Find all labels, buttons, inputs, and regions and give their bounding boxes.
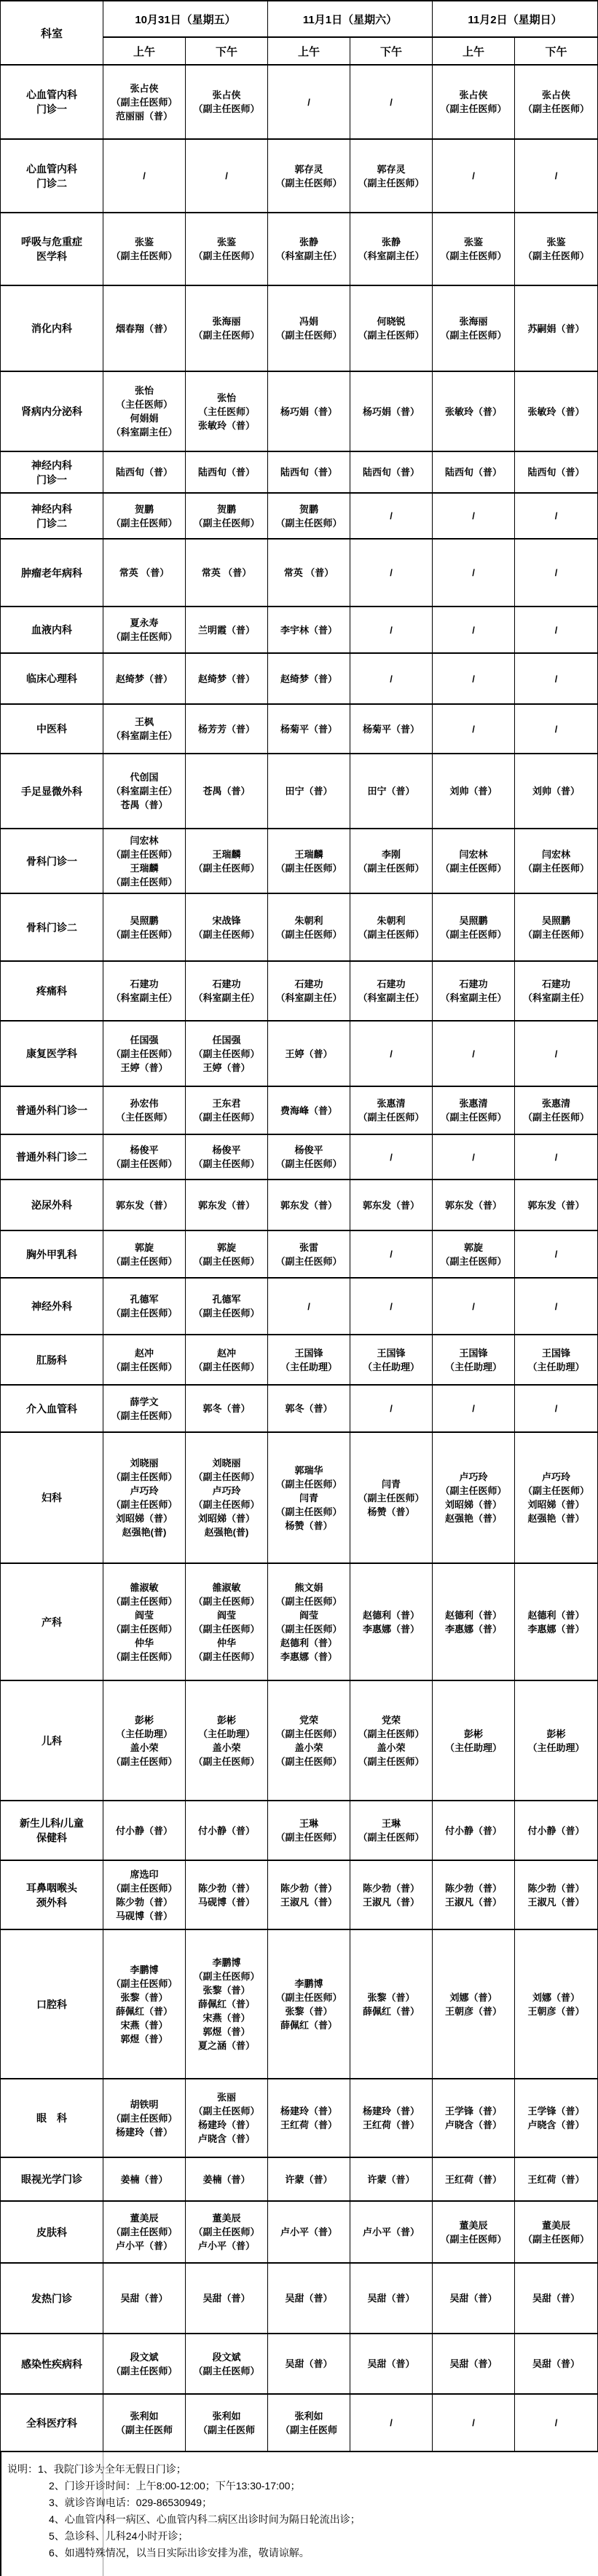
schedule-cell: 彭彬 （主任助理） [433, 1680, 515, 1801]
schedule-cell: 董美辰 （副主任医师） [433, 2201, 515, 2263]
table-row: 骨科门诊一闫宏林 （副主任医师） 王瑞麟 （副主任医师）王瑞麟 （副主任医师）王… [1, 829, 598, 893]
schedule-cell: 张黎（普） 薛佩红（普） [350, 1929, 433, 2079]
schedule-cell: / [515, 139, 598, 213]
schedule-cell: 王枫 （科室副主任） [103, 704, 186, 754]
schedule-cell: 陆西旬（普） [350, 451, 433, 493]
schedule-cell: / [433, 493, 515, 539]
date-header-1: 11月1日（星期六） [268, 1, 433, 37]
schedule-cell: 陆西旬（普） [103, 451, 186, 493]
schedule-cell: 郭旋 （副主任医师） [103, 1230, 186, 1278]
schedule-cell: 郭存灵 （副主任医师） [268, 139, 350, 213]
schedule-cell: 闫青 （副主任医师） 杨赞（普） [350, 1432, 433, 1563]
schedule-cell: / [350, 653, 433, 704]
dept-cell: 消化内科 [1, 285, 103, 371]
note-line: 2、门诊开诊时间：上午8:00-12:00；下午13:30-17:00； [7, 2478, 594, 2494]
schedule-cell: 王学锋（普） 卢晓含（普） [515, 2079, 598, 2157]
table-row: 肾病内分泌科张怡 （主任医师） 何娟娟 （科室副主任）张怡 （主任医师） 张敏玲… [1, 371, 598, 451]
table-row: 心血管内科 门诊二//郭存灵 （副主任医师）郭存灵 （副主任医师）// [1, 139, 598, 213]
schedule-cell: 熊文娟 （副主任医师） 阎莹 （副主任医师） 赵德利（普） 李惠娜（普） [268, 1563, 350, 1680]
schedule-cell: 杨巧娟（普） [350, 371, 433, 451]
schedule-cell: 陈少勃（普） 王淑凡（普） [515, 1860, 598, 1929]
session-header-am-2: 上午 [433, 37, 515, 65]
schedule-cell: 吴甜（普） [103, 2263, 186, 2334]
table-row: 心血管内科 门诊一张占侠 （副主任医师） 范丽丽（普）张占侠 （副主任医师）//… [1, 65, 598, 139]
schedule-cell: / [433, 704, 515, 754]
schedule-cell: 张海丽 （副主任医师） [186, 285, 268, 371]
schedule-cell: / [350, 65, 433, 139]
dept-cell: 血液内科 [1, 607, 103, 653]
schedule-cell: 王国锋 （主任助理） [268, 1335, 350, 1385]
schedule-cell: 何晓锐 （副主任医师） [350, 285, 433, 371]
schedule-cell: 付小静（普） [103, 1801, 186, 1860]
schedule-cell: 李宇林（普） [268, 607, 350, 653]
schedule-cell: 吴甜（普） [433, 2334, 515, 2394]
session-header-pm-1: 下午 [350, 37, 433, 65]
schedule-cell: 杨菊平（普） [350, 704, 433, 754]
schedule-cell: 吴甜（普） [350, 2263, 433, 2334]
schedule-cell: / [186, 139, 268, 213]
table-row: 肿瘤老年病科常英 （普）常英 （普）常英 （普）/// [1, 539, 598, 607]
schedule-cell: / [515, 653, 598, 704]
schedule-cell: 张敏玲（普） [433, 371, 515, 451]
schedule-cell: / [350, 2394, 433, 2451]
table-row: 泌尿外科郭东发（普）郭东发（普）郭东发（普）郭东发（普）郭东发（普）郭东发（普） [1, 1180, 598, 1230]
table-row: 口腔科李鹏博 （副主任医师） 张黎（普） 薛佩红（普） 宋燕（普） 郭煜（普）李… [1, 1929, 598, 2079]
session-header-pm-2: 下午 [515, 37, 598, 65]
note-line: 说明：1、我院门诊为全年无假日门诊； [7, 2461, 594, 2478]
schedule-cell: / [433, 1134, 515, 1180]
schedule-cell: 贺鹏 （副主任医师） [268, 493, 350, 539]
schedule-cell: 张惠清 （副主任医师） [433, 1086, 515, 1134]
schedule-cell: 陆西旬（普） [186, 451, 268, 493]
schedule-cell: 张惠清 （副主任医师） [515, 1086, 598, 1134]
schedule-cell: / [433, 653, 515, 704]
schedule-cell: / [433, 539, 515, 607]
date-header-2: 11月2日（星期日） [433, 1, 598, 37]
table-row: 神经内科 门诊一陆西旬（普）陆西旬（普）陆西旬（普）陆西旬（普）陆西旬（普）陆西… [1, 451, 598, 493]
schedule-cell: 常英 （普） [186, 539, 268, 607]
schedule-cell: 张怡 （主任医师） 张敏玲（普） [186, 371, 268, 451]
schedule-cell: 张占侠 （副主任医师） [515, 65, 598, 139]
schedule-cell: 苍禺（普） [186, 754, 268, 829]
schedule-cell: 张敏玲（普） [515, 371, 598, 451]
dept-cell: 神经内科 门诊二 [1, 493, 103, 539]
schedule-cell: / [350, 1230, 433, 1278]
schedule-cell: 陆西旬（普） [433, 451, 515, 493]
schedule-cell: / [433, 1385, 515, 1432]
dept-cell: 呼吸与危重症 医学科 [1, 213, 103, 285]
dept-cell: 普通外科门诊二 [1, 1134, 103, 1180]
note-line: 4、心血管内科一病区、心血管内科二病区出诊时间为隔日轮流出诊； [7, 2511, 594, 2528]
schedule-cell: / [350, 493, 433, 539]
table-row: 疼痛科石建功 （科室副主任）石建功 （科室副主任）石建功 （科室副主任）石建功 … [1, 961, 598, 1021]
dept-cell: 感染性疾病科 [1, 2334, 103, 2394]
schedule-cell: / [515, 1134, 598, 1180]
schedule-table: 科室 10月31日（星期五） 11月1日（星期六） 11月2日（星期日） 上午 … [0, 0, 598, 2452]
schedule-cell: 代创国 （科室副主任） 苍禺（普） [103, 754, 186, 829]
schedule-cell: 吴甜（普） [268, 2334, 350, 2394]
schedule-cell: / [433, 607, 515, 653]
schedule-cell: / [350, 607, 433, 653]
schedule-cell: 姜楠（普） [186, 2157, 268, 2201]
schedule-cell: 冯娟 （副主任医师） [268, 285, 350, 371]
table-row: 眼 科胡铁明 （副主任医师） 杨建玲（普）张丽 （副主任医师） 杨建玲（普） 卢… [1, 2079, 598, 2157]
schedule-cell: 付小静（普） [433, 1801, 515, 1860]
schedule-cell: 孔德军 （副主任医师） [186, 1278, 268, 1335]
schedule-cell: 李鹏博 （副主任医师） 张黎（普） 薛佩红（普） 宋燕（普） 郭煜（普） [103, 1929, 186, 2079]
schedule-cell: 郭东发（普） [268, 1180, 350, 1230]
schedule-cell: 吴照鹏 （副主任医师） [433, 893, 515, 961]
schedule-cell: 石建功 （科室副主任） [186, 961, 268, 1021]
schedule-cell: 张占侠 （副主任医师） [186, 65, 268, 139]
schedule-cell: 张海丽 （副主任医师） [433, 285, 515, 371]
table-row: 皮肤科董美辰 （副主任医师） 卢小平（普）董美辰 （副主任医师） 卢小平（普）卢… [1, 2201, 598, 2263]
schedule-cell: 王国锋 （主任助理） [515, 1335, 598, 1385]
schedule-cell: 张雷 （副主任医师） [268, 1230, 350, 1278]
schedule-cell: 陈少勃（普） 王淑凡（普） [350, 1860, 433, 1929]
session-header-am-1: 上午 [268, 37, 350, 65]
table-row: 妇科刘晓丽 （副主任医师） 卢巧玲 （副主任医师） 刘昭娣（普） 赵强艳(普)刘… [1, 1432, 598, 1563]
schedule-cell: / [515, 1021, 598, 1086]
dept-cell: 疼痛科 [1, 961, 103, 1021]
table-row: 呼吸与危重症 医学科张鉴 （副主任医师）张鉴 （副主任医师）张静 （科室副主任）… [1, 213, 598, 285]
schedule-cell: 党荣 （副主任医师） 盖小荣 （副主任医师） [350, 1680, 433, 1801]
schedule-cell: / [350, 1278, 433, 1335]
note-line: 5、急诊科、儿科24小时开诊； [7, 2528, 594, 2545]
schedule-cell: / [350, 1134, 433, 1180]
dept-cell: 肾病内分泌科 [1, 371, 103, 451]
schedule-cell: 王瑞麟 （副主任医师） [186, 829, 268, 893]
schedule-cell: 吴甜（普） [186, 2263, 268, 2334]
schedule-cell: 卢巧玲 （副主任医师） 刘昭娣（普） 赵强艳（普） [515, 1432, 598, 1563]
schedule-cell: 彭彬 （主任助理） 盖小荣 （副主任医师） [186, 1680, 268, 1801]
schedule-cell: 许蒙（普） [350, 2157, 433, 2201]
schedule-cell: 段文斌 （副主任医师） [186, 2334, 268, 2394]
schedule-cell: 杨俊平 （副主任医师） [186, 1134, 268, 1180]
table-row: 眼视光学门诊姜楠（普）姜楠（普）许蒙（普）许蒙（普）王红荷（普）王红荷（普） [1, 2157, 598, 2201]
schedule-cell: 刘帅（普） [515, 754, 598, 829]
table-row: 感染性疾病科段文斌 （副主任医师）段文斌 （副主任医师）吴甜（普）吴甜（普）吴甜… [1, 2334, 598, 2394]
schedule-cell: 任国强 （副主任医师） 王婷（普） [103, 1021, 186, 1086]
schedule-cell: 王国锋 （主任助理） [350, 1335, 433, 1385]
schedule-cell: 李鹏博 （副主任医师） 张黎（普） 薛佩红（普） [268, 1929, 350, 2079]
schedule-cell: 张丽 （副主任医师） 杨建玲（普） 卢晓含（普） [186, 2079, 268, 2157]
schedule-cell: 杨芳芳（普） [186, 704, 268, 754]
schedule-cell: 刘娜（普） 王朝彦（普） [515, 1929, 598, 2079]
schedule-cell: 许蒙（普） [268, 2157, 350, 2201]
schedule-cell: / [515, 1385, 598, 1432]
schedule-cell: 郭旋 （副主任医师） [186, 1230, 268, 1278]
schedule-cell: 张鉴 （副主任医师） [103, 213, 186, 285]
schedule-cell: 刘晓丽 （副主任医师） 卢巧玲 （副主任医师） 刘昭娣（普） 赵强艳(普) [186, 1432, 268, 1563]
note-line: 6、如遇特殊情况，以当日实际出诊安排为准，敬请谅解。 [7, 2545, 594, 2561]
dept-cell: 神经外科 [1, 1278, 103, 1335]
schedule-cell: 姜楠（普） [103, 2157, 186, 2201]
schedule-cell: 吴甜（普） [515, 2334, 598, 2394]
schedule-cell: / [515, 1278, 598, 1335]
table-row: 胸外甲乳科郭旋 （副主任医师）郭旋 （副主任医师）张雷 （副主任医师）/郭旋 （… [1, 1230, 598, 1278]
table-row: 骨科门诊二吴照鹏 （副主任医师）宋战锋 （副主任医师）朱朝利 （副主任医师）朱朝… [1, 893, 598, 961]
table-row: 儿科彭彬 （主任助理） 盖小荣 （副主任医师）彭彬 （主任助理） 盖小荣 （副主… [1, 1680, 598, 1801]
dept-cell: 儿科 [1, 1680, 103, 1801]
schedule-cell: 张利如 （副主任医师 [186, 2394, 268, 2451]
schedule-cell: 田宁（普） [350, 754, 433, 829]
table-row: 普通外科门诊二杨俊平 （副主任医师）杨俊平 （副主任医师）杨俊平 （副主任医师）… [1, 1134, 598, 1180]
schedule-cell: 卢巧玲 （副主任医师） 刘昭娣（普） 赵强艳（普） [433, 1432, 515, 1563]
schedule-cell: 费海峰（普） [268, 1086, 350, 1134]
schedule-cell: 吴照鹏 （副主任医师） [515, 893, 598, 961]
schedule-cell: 王婷（普） [268, 1021, 350, 1086]
schedule-cell: 李鹏博 （副主任医师） 张黎（普） 薛佩红（普） 宋燕（普） 郭煜（普） 夏之涵… [186, 1929, 268, 2079]
schedule-cell: 朱朝利 （副主任医师） [268, 893, 350, 961]
schedule-cell: 张利如 （副主任医师 [268, 2394, 350, 2451]
schedule-cell: 杨俊平 （副主任医师） [103, 1134, 186, 1180]
schedule-cell: 杨建玲（普） 王红荷（普） [350, 2079, 433, 2157]
dept-cell: 发热门诊 [1, 2263, 103, 2334]
schedule-cell: 胡铁明 （副主任医师） 杨建玲（普） [103, 2079, 186, 2157]
schedule-cell: / [103, 139, 186, 213]
schedule-cell: 杨建玲（普） 王红荷（普） [268, 2079, 350, 2157]
schedule-cell: 任国强 （副主任医师） 王婷（普） [186, 1021, 268, 1086]
schedule-cell: 王瑞麟 （副主任医师） [268, 829, 350, 893]
table-row: 新生儿科/儿童 保健科付小静（普）付小静（普）王琳 （副主任医师）王琳 （副主任… [1, 1801, 598, 1860]
schedule-cell: 石建功 （科室副主任） [103, 961, 186, 1021]
schedule-cell: 常英 （普） [103, 539, 186, 607]
schedule-cell: 付小静（普） [186, 1801, 268, 1860]
schedule-cell: / [515, 607, 598, 653]
schedule-cell: 王红荷（普） [515, 2157, 598, 2201]
schedule-cell: 烟春翔（普） [103, 285, 186, 371]
schedule-cell: 雒淑敏 （副主任医师） 阎莹 （副主任医师） 仲华 （副主任医师） [103, 1563, 186, 1680]
dept-cell: 口腔科 [1, 1929, 103, 2079]
schedule-cell: 刘帅（普） [433, 754, 515, 829]
schedule-cell: 陈少勃（普） 王淑凡（普） [268, 1860, 350, 1929]
schedule-cell: 张鉴 （副主任医师） [433, 213, 515, 285]
schedule-cell: / [268, 65, 350, 139]
schedule-cell: 王东君 （副主任医师） [186, 1086, 268, 1134]
schedule-cell: 郭东发（普） [350, 1180, 433, 1230]
table-row: 肛肠科赵冲 （副主任医师）赵冲 （副主任医师）王国锋 （主任助理）王国锋 （主任… [1, 1335, 598, 1385]
dept-cell: 耳鼻咽喉头 颈外科 [1, 1860, 103, 1929]
date-header-0: 10月31日（星期五） [103, 1, 268, 37]
table-row: 临床心理科赵绮梦（普）赵绮梦（普）赵绮梦（普）/// [1, 653, 598, 704]
schedule-cell: 党荣 （副主任医师） 盖小荣 （副主任医师） [268, 1680, 350, 1801]
dept-cell: 康复医学科 [1, 1021, 103, 1086]
dept-cell: 神经内科 门诊一 [1, 451, 103, 493]
dept-cell: 肛肠科 [1, 1335, 103, 1385]
dept-cell: 临床心理科 [1, 653, 103, 704]
schedule-cell: / [268, 1278, 350, 1335]
schedule-cell: / [515, 539, 598, 607]
schedule-cell: 郭旋 （副主任医师） [433, 1230, 515, 1278]
schedule-cell: / [433, 1278, 515, 1335]
schedule-cell: / [433, 1021, 515, 1086]
schedule-cell: 孙宏伟 （主任医师） [103, 1086, 186, 1134]
dept-cell: 眼视光学门诊 [1, 2157, 103, 2201]
table-row: 介入血管科薛学文 （副主任医师）郭冬（普）郭冬（普）/// [1, 1385, 598, 1432]
schedule-cell: 苏嗣娟（普） [515, 285, 598, 371]
dept-cell: 心血管内科 门诊二 [1, 139, 103, 213]
table-row: 普通外科门诊一孙宏伟 （主任医师）王东君 （副主任医师）费海峰（普）张惠清 （副… [1, 1086, 598, 1134]
schedule-cell: / [515, 704, 598, 754]
schedule-cell: 郭东发（普） [515, 1180, 598, 1230]
schedule-cell: 王红荷（普） [433, 2157, 515, 2201]
schedule-cell: / [433, 2394, 515, 2451]
schedule-cell: / [350, 1021, 433, 1086]
schedule-cell: / [350, 1385, 433, 1432]
schedule-cell: 赵绮梦（普） [103, 653, 186, 704]
schedule-cell: / [515, 1230, 598, 1278]
schedule-cell: 刘晓丽 （副主任医师） 卢巧玲 （副主任医师） 刘昭娣（普） 赵强艳(普) [103, 1432, 186, 1563]
session-header-am-0: 上午 [103, 37, 186, 65]
schedule-cell: 陈少勃（普） 王淑凡（普） [433, 1860, 515, 1929]
schedule-cell: 赵德利（普） 李惠娜（普） [433, 1563, 515, 1680]
schedule-cell: / [515, 2394, 598, 2451]
schedule-cell: 陆西旬（普） [515, 451, 598, 493]
schedule-cell: 李刚 （副主任医师） [350, 829, 433, 893]
table-row: 康复医学科任国强 （副主任医师） 王婷（普）任国强 （副主任医师） 王婷（普）王… [1, 1021, 598, 1086]
schedule-cell: 张鉴 （副主任医师） [515, 213, 598, 285]
schedule-cell: 张惠清 （副主任医师） [350, 1086, 433, 1134]
schedule-cell: 付小静（普） [515, 1801, 598, 1860]
dept-cell: 介入血管科 [1, 1385, 103, 1432]
schedule-cell: 吴甜（普） [350, 2334, 433, 2394]
schedule-cell: 王国锋 （主任助理） [433, 1335, 515, 1385]
schedule-cell: 杨菊平（普） [268, 704, 350, 754]
schedule-cell: 彭彬 （主任助理） [515, 1680, 598, 1801]
dept-cell: 全科医疗科 [1, 2394, 103, 2451]
dept-cell: 产科 [1, 1563, 103, 1680]
schedule-cell: 吴甜（普） [268, 2263, 350, 2334]
table-row: 全科医疗科张利如 （副主任医师张利如 （副主任医师张利如 （副主任医师/// [1, 2394, 598, 2451]
table-row: 发热门诊吴甜（普）吴甜（普）吴甜（普）吴甜（普）吴甜（普）吴甜（普） [1, 2263, 598, 2334]
schedule-cell: 段文斌 （副主任医师） [103, 2334, 186, 2394]
schedule-cell: 宋战锋 （副主任医师） [186, 893, 268, 961]
session-header-pm-0: 下午 [186, 37, 268, 65]
schedule-cell: 王学锋（普） 卢晓含（普） [433, 2079, 515, 2157]
schedule-cell: 赵冲 （副主任医师） [186, 1335, 268, 1385]
schedule-cell: / [515, 493, 598, 539]
schedule-cell: 朱朝利 （副主任医师） [350, 893, 433, 961]
schedule-cell: 石建功 （科室副主任） [350, 961, 433, 1021]
schedule-cell: 雒淑敏 （副主任医师） 阎莹 （副主任医师） 仲华 （副主任医师） [186, 1563, 268, 1680]
table-row: 中医科王枫 （科室副主任）杨芳芳（普）杨菊平（普）杨菊平（普）// [1, 704, 598, 754]
table-row: 神经外科孔德军 （副主任医师）孔德军 （副主任医师）//// [1, 1278, 598, 1335]
dept-cell: 泌尿外科 [1, 1180, 103, 1230]
schedule-cell: / [433, 139, 515, 213]
schedule-cell: 郭东发（普） [433, 1180, 515, 1230]
schedule-cell: 郭冬（普） [268, 1385, 350, 1432]
schedule-cell: 张怡 （主任医师） 何娟娟 （科室副主任） [103, 371, 186, 451]
schedule-cell: 夏永寿 （副主任医师） [103, 607, 186, 653]
schedule-cell: 郭东发（普） [103, 1180, 186, 1230]
schedule-cell: 赵德利（普） 李惠娜（普） [515, 1563, 598, 1680]
schedule-cell: 石建功 （科室副主任） [268, 961, 350, 1021]
schedule-cell: 陆西旬（普） [268, 451, 350, 493]
table-row: 耳鼻咽喉头 颈外科席选印 （副主任医师） 陈少勃（普） 马砚博（普）陈少勃（普）… [1, 1860, 598, 1929]
schedule-cell: 张占侠 （副主任医师） [433, 65, 515, 139]
dept-cell: 新生儿科/儿童 保健科 [1, 1801, 103, 1860]
schedule-cell: 常英 （普） [268, 539, 350, 607]
schedule-cell: 吴甜（普） [433, 2263, 515, 2334]
schedule-cell: 郭瑞华 （副主任医师） 闫青 （副主任医师） 杨赞（普） [268, 1432, 350, 1563]
date-header-row: 科室 10月31日（星期五） 11月1日（星期六） 11月2日（星期日） [1, 1, 598, 37]
schedule-cell: 薛学文 （副主任医师） [103, 1385, 186, 1432]
schedule-cell: 闫宏林 （副主任医师） [433, 829, 515, 893]
schedule-cell: 张鉴 （副主任医师） [186, 213, 268, 285]
schedule-cell: 吴甜（普） [515, 2263, 598, 2334]
schedule-cell: 赵德利（普） 李惠娜（普） [350, 1563, 433, 1680]
schedule-cell: 闫宏林 （副主任医师） [515, 829, 598, 893]
notes: 说明：1、我院门诊为全年无假日门诊；2、门诊开诊时间：上午8:00-12:00；… [0, 2452, 598, 2576]
dept-cell: 胸外甲乳科 [1, 1230, 103, 1278]
schedule-cell: 孔德军 （副主任医师） [103, 1278, 186, 1335]
schedule-cell: 张占侠 （副主任医师） 范丽丽（普） [103, 65, 186, 139]
schedule-cell: 闫宏林 （副主任医师） 王瑞麟 （副主任医师） [103, 829, 186, 893]
schedule-cell: 王琳 （副主任医师） [268, 1801, 350, 1860]
schedule-cell: 赵冲 （副主任医师） [103, 1335, 186, 1385]
schedule-cell: 张静 （科室副主任） [268, 213, 350, 285]
schedule-cell: 赵绮梦（普） [186, 653, 268, 704]
table-row: 血液内科夏永寿 （副主任医师）兰明霞（普）李宇林（普）/// [1, 607, 598, 653]
dept-cell: 手足显微外科 [1, 754, 103, 829]
schedule-cell: 董美辰 （副主任医师） 卢小平（普） [103, 2201, 186, 2263]
schedule-cell: 田宁（普） [268, 754, 350, 829]
schedule-cell: 刘娜（普） 王朝彦（普） [433, 1929, 515, 2079]
schedule-cell: 张利如 （副主任医师 [103, 2394, 186, 2451]
schedule-cell: 彭彬 （主任助理） 盖小荣 （副主任医师） [103, 1680, 186, 1801]
schedule-cell: / [350, 539, 433, 607]
schedule-cell: 贺鹏 （副主任医师） [103, 493, 186, 539]
schedule-cell: 郭存灵 （副主任医师） [350, 139, 433, 213]
schedule-cell: 贺鹏 （副主任医师） [186, 493, 268, 539]
schedule-cell: 石建功 （科室副主任） [433, 961, 515, 1021]
schedule-cell: 张静 （科室副主任） [350, 213, 433, 285]
table-row: 消化内科烟春翔（普）张海丽 （副主任医师）冯娟 （副主任医师）何晓锐 （副主任医… [1, 285, 598, 371]
table-row: 手足显微外科代创国 （科室副主任） 苍禺（普）苍禺（普）田宁（普）田宁（普）刘帅… [1, 754, 598, 829]
table-row: 产科雒淑敏 （副主任医师） 阎莹 （副主任医师） 仲华 （副主任医师）雒淑敏 （… [1, 1563, 598, 1680]
schedule-cell: 卢小平（普） [268, 2201, 350, 2263]
dept-cell: 骨科门诊一 [1, 829, 103, 893]
note-line: 3、就诊咨询电话：029-86530949； [7, 2494, 594, 2511]
dept-cell: 眼 科 [1, 2079, 103, 2157]
schedule-cell: 王琳 （副主任医师） [350, 1801, 433, 1860]
schedule-cell: 席选印 （副主任医师） 陈少勃（普） 马砚博（普） [103, 1860, 186, 1929]
dept-cell: 骨科门诊二 [1, 893, 103, 961]
dept-cell: 皮肤科 [1, 2201, 103, 2263]
schedule-cell: 郭冬（普） [186, 1385, 268, 1432]
schedule-cell: 陈少勃（普） 马砚博（普） [186, 1860, 268, 1929]
schedule-cell: 石建功 （科室副主任） [515, 961, 598, 1021]
dept-cell: 普通外科门诊一 [1, 1086, 103, 1134]
table-row: 神经内科 门诊二贺鹏 （副主任医师）贺鹏 （副主任医师）贺鹏 （副主任医师）//… [1, 493, 598, 539]
dept-header: 科室 [1, 1, 103, 65]
dept-cell: 妇科 [1, 1432, 103, 1563]
schedule-cell: 董美辰 （副主任医师） 卢小平（普） [186, 2201, 268, 2263]
dept-cell: 肿瘤老年病科 [1, 539, 103, 607]
dept-cell: 心血管内科 门诊一 [1, 65, 103, 139]
schedule-cell: 董美辰 （副主任医师） [515, 2201, 598, 2263]
schedule-cell: 郭东发（普） [186, 1180, 268, 1230]
dept-cell: 中医科 [1, 704, 103, 754]
schedule-cell: 兰明霞（普） [186, 607, 268, 653]
schedule-cell: 卢小平（普） [350, 2201, 433, 2263]
schedule-cell: 吴照鹏 （副主任医师） [103, 893, 186, 961]
schedule-cell: 杨俊平 （副主任医师） [268, 1134, 350, 1180]
schedule-cell: 赵绮梦（普） [268, 653, 350, 704]
schedule-cell: 杨巧娟（普） [268, 371, 350, 451]
